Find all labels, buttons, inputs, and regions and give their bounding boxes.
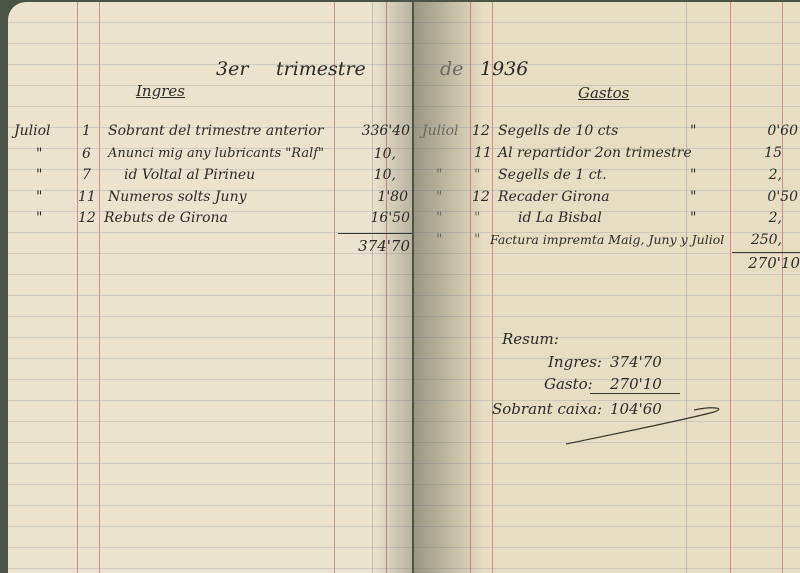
row-concept: Al repartidor 2on trimestre <box>498 144 692 162</box>
row-month: " <box>36 209 42 227</box>
ditto-rule <box>686 2 687 573</box>
resum-gasto-value: 270'10 <box>610 375 662 393</box>
row-amount: 2, <box>714 166 782 184</box>
row-day: 6 <box>82 145 91 163</box>
header-de: de <box>440 60 463 78</box>
margin-rule <box>99 2 100 573</box>
row-day: 11 <box>474 144 492 162</box>
header-year: 1936 <box>480 60 528 78</box>
row-amount: 0'50 <box>714 188 798 206</box>
amount-rule <box>730 2 731 573</box>
row-concept: id La Bisbal <box>518 209 602 227</box>
row-concept: Numeros solts Juny <box>108 188 247 206</box>
right-page-gastos: de 1936 Gastos Juliol 12 Segells de 10 c… <box>414 2 800 573</box>
row-day: 12 <box>78 209 96 227</box>
ingres-title: Ingres <box>136 82 185 100</box>
ingres-total: 374'70 <box>330 237 410 255</box>
margin-rule <box>77 2 78 573</box>
row-concept: Rebuts de Girona <box>104 209 228 227</box>
row-month: Juliol <box>14 122 51 140</box>
row-amount: 15 <box>714 144 782 162</box>
quarter-word: trimestre <box>276 60 366 78</box>
left-page-ingres: 3er trimestre Ingres Juliol 1 Sobrant de… <box>8 2 412 573</box>
amount-rule <box>334 2 335 573</box>
notebook-spread: 3er trimestre Ingres Juliol 1 Sobrant de… <box>0 0 800 573</box>
row-month: Juliol <box>422 122 459 140</box>
row-ditto: " <box>690 122 696 140</box>
row-amount: 250, <box>714 231 782 249</box>
row-ditto: " <box>690 209 696 227</box>
row-concept: Anunci mig any lubricants "Ralf" <box>108 145 324 163</box>
resum-ingres-value: 374'70 <box>610 353 662 371</box>
row-month: " <box>36 166 42 184</box>
row-amount: 336'40 <box>330 122 410 140</box>
row-month: " <box>436 209 442 227</box>
flourish-underline <box>564 402 724 448</box>
row-amount: 10, <box>330 166 396 184</box>
resum-title: Resum: <box>502 330 559 348</box>
row-concept: id Voltal al Pirineu <box>124 166 255 184</box>
gastos-total: 270'10 <box>714 254 800 272</box>
row-concept: Segells de 10 cts <box>498 122 618 140</box>
resum-rule <box>590 393 680 394</box>
margin-rule <box>492 2 493 573</box>
row-day: " <box>474 231 480 249</box>
row-amount: 1'80 <box>330 188 408 206</box>
row-day: 12 <box>472 188 490 206</box>
row-day: 11 <box>78 188 96 206</box>
quarter-number: 3er <box>216 60 248 78</box>
row-month: " <box>36 145 42 163</box>
row-ditto: " <box>690 188 696 206</box>
resum-ingres-label: Ingres: <box>548 353 602 371</box>
row-amount: 0'60 <box>714 122 798 140</box>
row-day: 1 <box>82 122 91 140</box>
gastos-title: Gastos <box>578 84 629 102</box>
row-concept: Factura impremta Maig, Juny y Juliol <box>490 231 724 249</box>
row-month: " <box>436 231 442 249</box>
row-day: 7 <box>82 166 91 184</box>
row-concept: Sobrant del trimestre anterior <box>108 122 323 140</box>
row-month: " <box>36 188 42 206</box>
row-amount: 2, <box>714 209 782 227</box>
row-month: " <box>436 188 442 206</box>
row-day: " <box>474 209 480 227</box>
row-day: " <box>474 166 480 184</box>
row-concept: Segells de 1 ct. <box>498 166 607 184</box>
row-concept: Recader Girona <box>498 188 610 206</box>
amount-rule <box>782 2 783 573</box>
row-ditto: " <box>690 166 696 184</box>
row-month: " <box>436 166 442 184</box>
resum-gasto-label: Gasto: <box>544 375 593 393</box>
total-rule <box>338 233 412 234</box>
total-rule <box>732 252 800 253</box>
row-amount: 10, <box>330 145 396 163</box>
row-amount: 16'50 <box>330 209 410 227</box>
row-day: 12 <box>472 122 490 140</box>
